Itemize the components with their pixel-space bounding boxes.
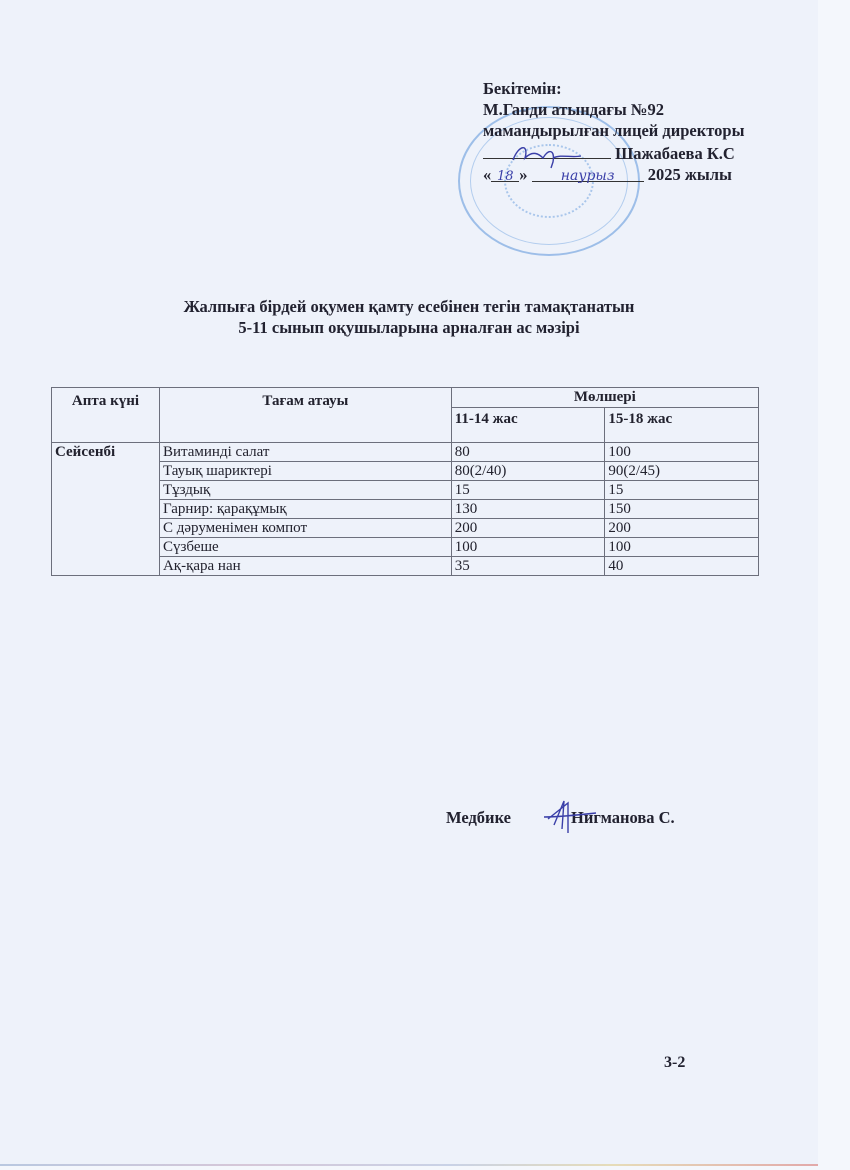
cell-dish: Витаминді салат	[159, 443, 451, 462]
table-row: СейсенбіВитаминді салат80100	[52, 443, 759, 462]
date-year: 2025 жылы	[648, 165, 732, 184]
cell-age2: 90(2/45)	[605, 462, 759, 481]
cell-dish: Сүзбеше	[159, 538, 451, 557]
title-line-1: Жалпыға бірдей оқумен қамту есебінен тег…	[0, 296, 818, 317]
header-age-15-18: 15-18 жас	[605, 408, 759, 443]
cell-age1: 80	[451, 443, 605, 462]
title-line-2: 5-11 сынып оқушыларына арналған ас мәзір…	[0, 317, 818, 338]
cell-age2: 150	[605, 500, 759, 519]
cell-age2: 100	[605, 538, 759, 557]
director-signature	[505, 140, 585, 170]
approval-line-1: М.Ганди атындағы №92	[483, 99, 744, 120]
cell-age2: 15	[605, 481, 759, 500]
cell-dish: Тауық шариктері	[159, 462, 451, 481]
cell-dish: Ақ-қара нан	[159, 557, 451, 576]
cell-age1: 15	[451, 481, 605, 500]
cell-age1: 80(2/40)	[451, 462, 605, 481]
nurse-signature	[538, 795, 598, 837]
cell-age2: 100	[605, 443, 759, 462]
scan-edge-line	[0, 1164, 818, 1166]
cell-dish: Тұздық	[159, 481, 451, 500]
cell-age1: 130	[451, 500, 605, 519]
approval-heading: Бекітемін:	[483, 78, 744, 99]
cell-age1: 200	[451, 519, 605, 538]
nurse-role: Медбике	[446, 808, 511, 827]
header-quantity: Мөлшері	[451, 388, 758, 408]
cell-age2: 40	[605, 557, 759, 576]
header-dish: Тағам атауы	[159, 388, 451, 443]
page-title: Жалпыға бірдей оқумен қамту есебінен тег…	[0, 296, 818, 338]
approval-line-2: мамандырылған лицей директоры	[483, 120, 744, 141]
cell-dish: Гарнир: қарақұмық	[159, 500, 451, 519]
page-number: 3-2	[664, 1054, 685, 1072]
day-cell: Сейсенбі	[52, 443, 160, 576]
header-age-11-14: 11-14 жас	[451, 408, 605, 443]
header-day: Апта күні	[52, 388, 160, 443]
cell-age1: 35	[451, 557, 605, 576]
cell-age1: 100	[451, 538, 605, 557]
director-name: Шажабаева К.С	[615, 144, 735, 163]
cell-age2: 200	[605, 519, 759, 538]
cell-dish: С дәруменімен компот	[159, 519, 451, 538]
menu-table: Апта күні Тағам атауы Мөлшері 11-14 жас …	[51, 387, 759, 576]
